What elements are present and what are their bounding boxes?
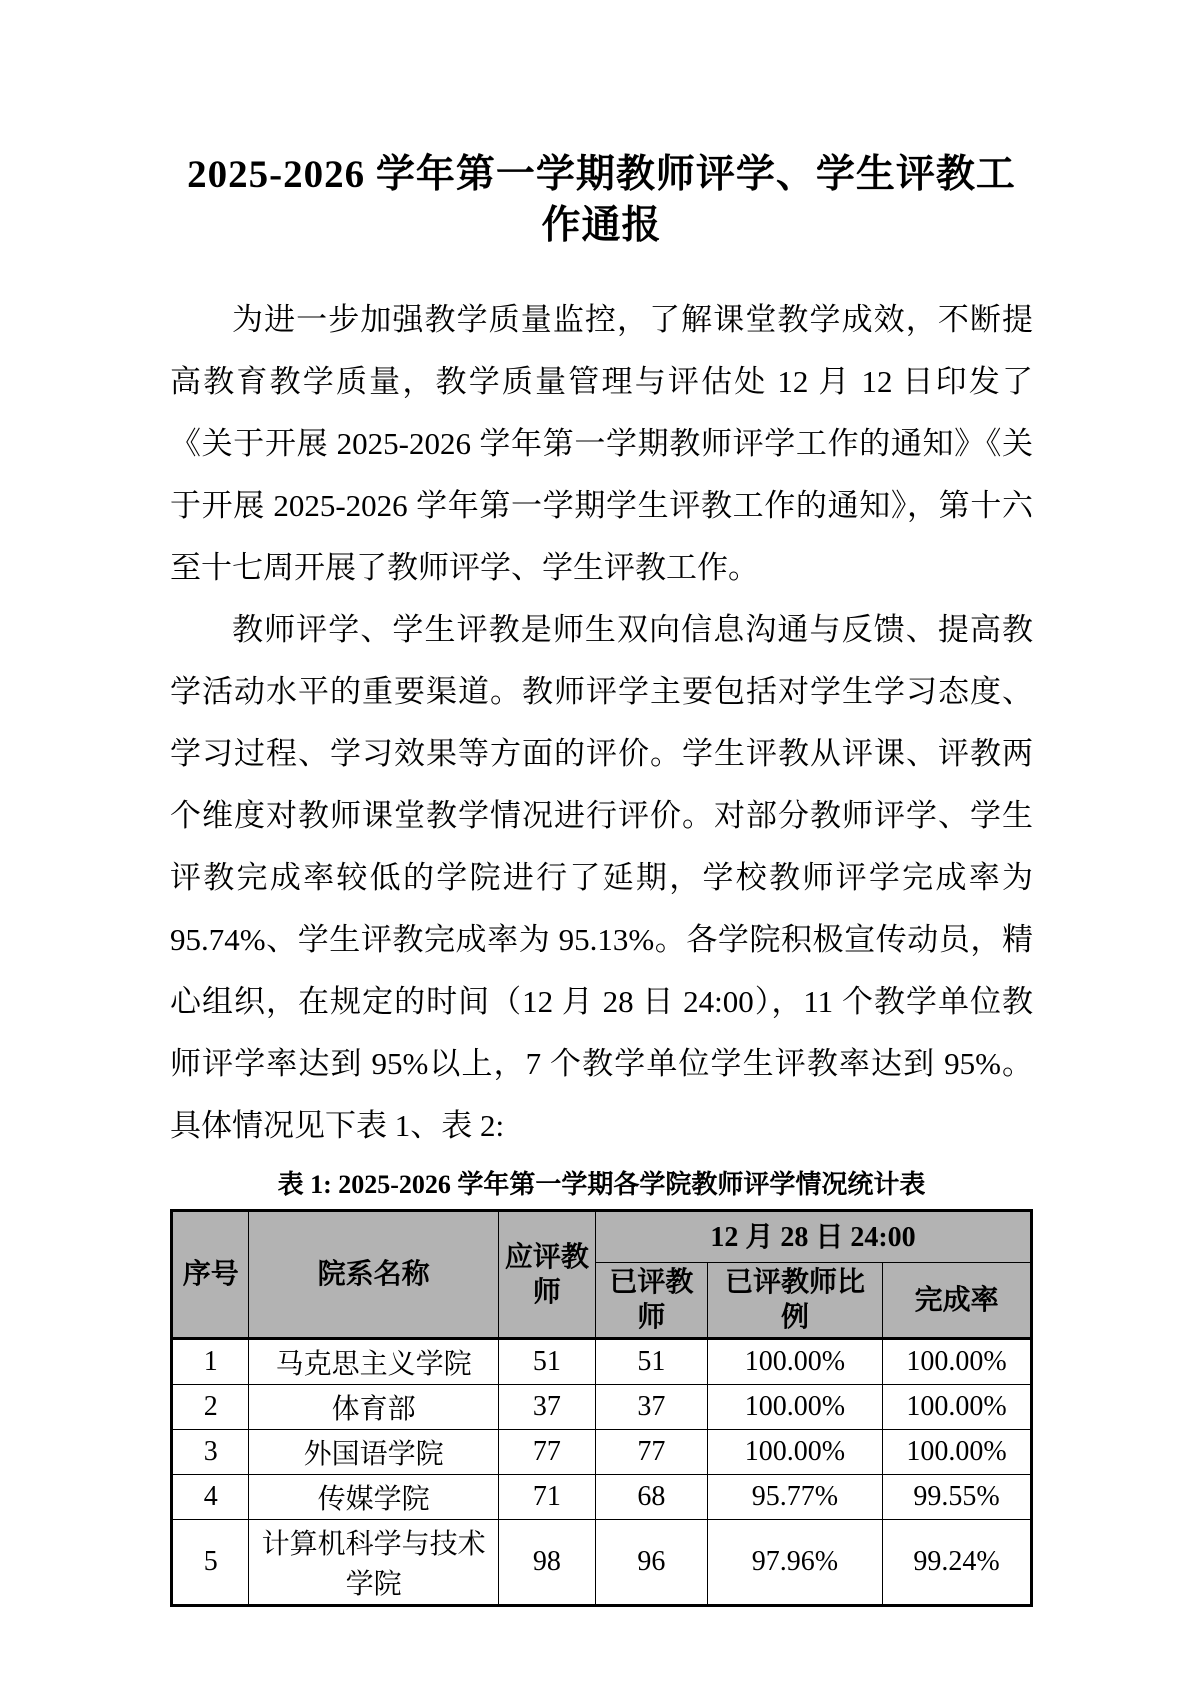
cell-evaluated: 51 — [595, 1339, 707, 1385]
header-cell-index: 序号 — [172, 1211, 249, 1339]
cell-index: 5 — [172, 1520, 249, 1606]
cell-index: 1 — [172, 1339, 249, 1385]
table-row: 4传媒学院716895.77%99.55% — [172, 1475, 1032, 1520]
header-cell-evaluated-teachers: 已评教师 — [595, 1263, 707, 1339]
cell-ratio: 100.00% — [707, 1430, 882, 1475]
cell-expected: 51 — [498, 1339, 595, 1385]
cell-completion: 100.00% — [883, 1385, 1032, 1430]
cell-ratio: 100.00% — [707, 1339, 882, 1385]
header-cell-completion-rate: 完成率 — [883, 1263, 1032, 1339]
cell-department: 体育部 — [249, 1385, 498, 1430]
document-title: 2025-2026 学年第一学期教师评学、学生评教工作通报 — [170, 0, 1033, 251]
cell-completion: 99.24% — [883, 1520, 1032, 1606]
cell-completion: 100.00% — [883, 1339, 1032, 1385]
cell-evaluated: 68 — [595, 1475, 707, 1520]
cell-evaluated: 96 — [595, 1520, 707, 1606]
table-row: 2体育部3737100.00%100.00% — [172, 1385, 1032, 1430]
cell-expected: 71 — [498, 1475, 595, 1520]
cell-ratio: 97.96% — [707, 1520, 882, 1606]
cell-department: 马克思主义学院 — [249, 1339, 498, 1385]
paragraph-details: 教师评学、学生评教是师生双向信息沟通与反馈、提高教学活动水平的重要渠道。教师评学… — [170, 599, 1033, 1157]
paragraph-intro: 为进一步加强教学质量监控，了解课堂教学成效，不断提高教育教学质量，教学质量管理与… — [170, 289, 1033, 599]
header-cell-deadline-group: 12 月 28 日 24:00 — [595, 1211, 1031, 1263]
cell-index: 4 — [172, 1475, 249, 1520]
table-row: 5计算机科学与技术学院989697.96%99.24% — [172, 1520, 1032, 1606]
document-content: 2025-2026 学年第一学期教师评学、学生评教工作通报 为进一步加强教学质量… — [0, 0, 1191, 1607]
cell-department: 计算机科学与技术学院 — [249, 1520, 498, 1606]
table1-caption: 表 1: 2025-2026 学年第一学期各学院教师评学情况统计表 — [170, 1167, 1033, 1203]
header-cell-evaluated-ratio: 已评教师比例 — [707, 1263, 882, 1339]
cell-evaluated: 77 — [595, 1430, 707, 1475]
cell-completion: 100.00% — [883, 1430, 1032, 1475]
table1: 序号 院系名称 应评教师 12 月 28 日 24:00 已评教师 已评教师比例… — [170, 1209, 1033, 1607]
cell-expected: 77 — [498, 1430, 595, 1475]
cell-evaluated: 37 — [595, 1385, 707, 1430]
table1-header: 序号 院系名称 应评教师 12 月 28 日 24:00 已评教师 已评教师比例… — [172, 1211, 1032, 1339]
cell-expected: 37 — [498, 1385, 595, 1430]
cell-index: 3 — [172, 1430, 249, 1475]
table1-body: 1马克思主义学院5151100.00%100.00%2体育部3737100.00… — [172, 1339, 1032, 1606]
document-page: 2025-2026 学年第一学期教师评学、学生评教工作通报 为进一步加强教学质量… — [0, 0, 1191, 1684]
cell-ratio: 95.77% — [707, 1475, 882, 1520]
cell-department: 外国语学院 — [249, 1430, 498, 1475]
cell-completion: 99.55% — [883, 1475, 1032, 1520]
table-row: 3外国语学院7777100.00%100.00% — [172, 1430, 1032, 1475]
cell-department: 传媒学院 — [249, 1475, 498, 1520]
table1-header-row-1: 序号 院系名称 应评教师 12 月 28 日 24:00 — [172, 1211, 1032, 1263]
header-cell-department: 院系名称 — [249, 1211, 498, 1339]
cell-index: 2 — [172, 1385, 249, 1430]
header-cell-expected-teachers: 应评教师 — [498, 1211, 595, 1339]
table-row: 1马克思主义学院5151100.00%100.00% — [172, 1339, 1032, 1385]
cell-expected: 98 — [498, 1520, 595, 1606]
cell-ratio: 100.00% — [707, 1385, 882, 1430]
